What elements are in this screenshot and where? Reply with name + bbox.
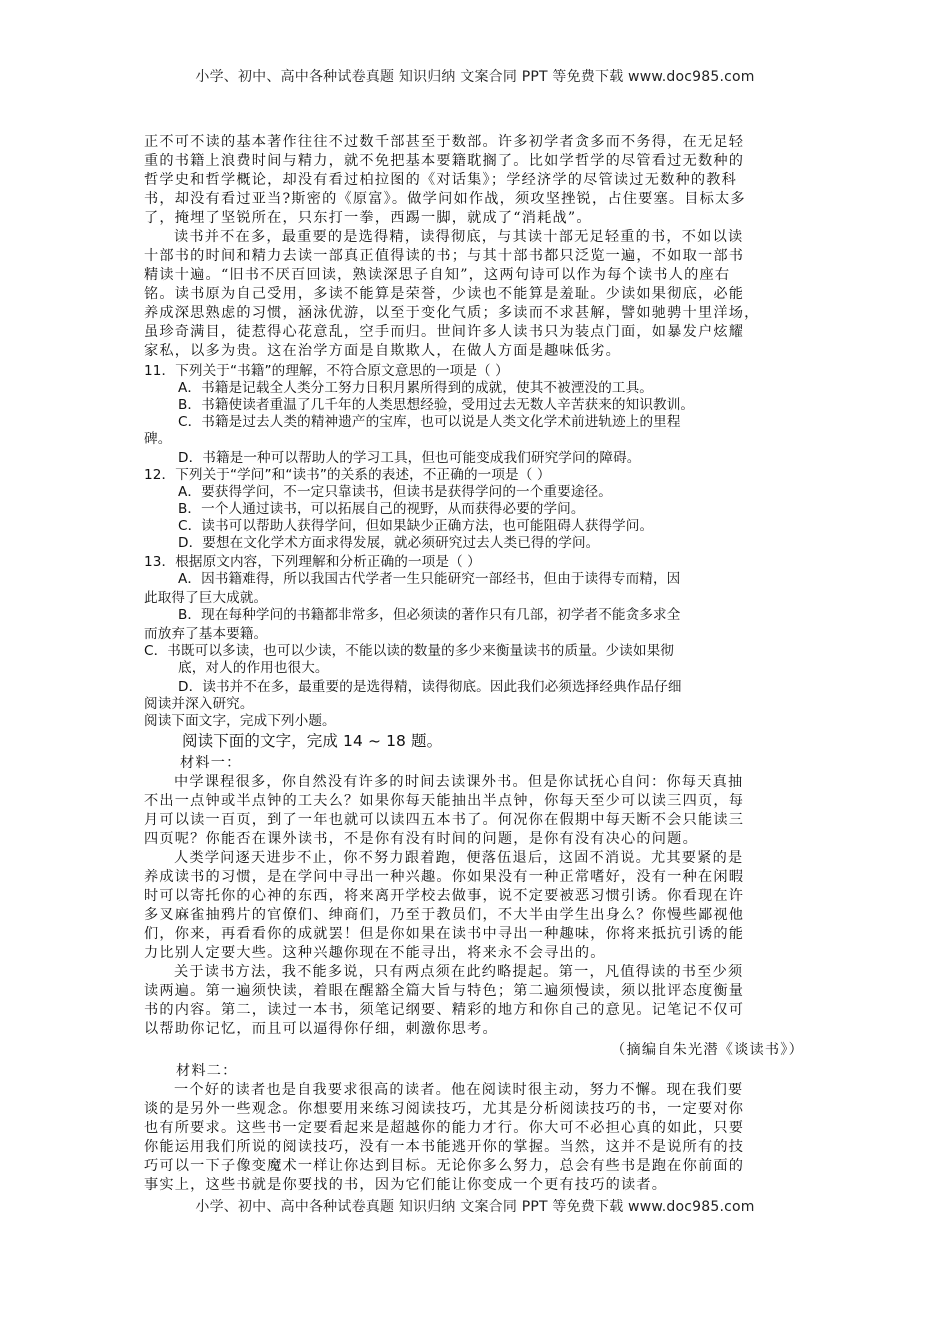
option-c-cont: 碑。	[144, 431, 824, 447]
material-source: （摘编自朱光潜《谈读书》）	[144, 1041, 804, 1059]
question-stem: 13．根据原文内容，下列理解和分析正确的一项是（ ）	[144, 554, 824, 570]
page-footer-watermark: 小学、初中、高中各种试卷真题 知识归纳 文案合同 PPT 等免费下载 www.d…	[0, 1196, 950, 1216]
material-line: 四页呢？你能否在课外读书，不是你有没有时间的问题，是你有没有决心的问题。	[144, 830, 814, 848]
passage-line: 哲学史和哲学概论，却没有看过柏拉图的《对话集》；学经济学的尽管读过无数种的教科	[144, 171, 814, 189]
material-line: 谈的是另外一些观念。你想要用来练习阅读技巧，尤其是分析阅读技巧的书，一定要对你	[144, 1100, 814, 1118]
material-line: 中学课程很多，你自然没有许多的时间去读课外书。但是你试抚心自问：你每天真抽	[144, 773, 844, 791]
question-stem: 11．下列关于“书籍”的理解，不符合原文意思的一项是（ ）	[144, 363, 824, 379]
option-a-cont: 此取得了巨大成就。	[144, 590, 824, 606]
passage-line: 家私，以多为贵。这在治学方面是自欺欺人，在做人方面是趣味低劣。	[144, 342, 814, 360]
option-c-cont: 底，对人的作用也很大。	[144, 660, 858, 676]
option-d-cont: 阅读并深入研究。	[144, 696, 824, 712]
option-c: C．读书可以帮助人获得学问，但如果缺少正确方法，也可能阻碍人获得学问。	[144, 518, 858, 534]
material-title: 材料一：	[180, 754, 380, 772]
option-b: B．现在每种学问的书籍都非常多，但必须读的著作只有几部，初学者不能贪多求全	[144, 607, 858, 623]
option-a: A．因书籍难得，所以我国古代学者一生只能研究一部经书，但由于读得专而精，因	[144, 571, 858, 587]
material-line: 时可以寄托你的心神的东西，将来离开学校去做事，说不定要被恶习惯引诱。你看现在许	[144, 887, 814, 905]
passage-line: 书，却没有看过亚当?斯密的《原富》。做学问如作战，须攻坚挫锐，占住要塞。目标太多	[144, 190, 814, 208]
material-line: 关于读书方法，我不能多说，只有两点须在此约略提起。第一，凡值得读的书至少须	[144, 963, 844, 981]
instruction-big: 阅读下面的文字，完成 14 ~ 18 题。	[182, 733, 862, 749]
material-line: 事实上，这些书就是你要找的书，因为它们能让你变成一个更有技巧的读者。	[144, 1176, 814, 1194]
question-stem: 12．下列关于“学问”和“读书”的关系的表述，不正确的一项是（ ）	[144, 467, 824, 483]
material-line: 也有所要求。这些书一定要看起来是超越你的能力才行。你大可不必担心真的如此，只要	[144, 1119, 814, 1137]
passage-line: 十部书的时间和精力去读一部真正值得读的书；与其十部书都只泛览一遍，不如取一部书	[144, 247, 814, 265]
material-line: 巧可以一下子像变魔术一样让你达到目标。无论你多么努力，总会有些书是跑在你前面的	[144, 1157, 814, 1175]
option-a: A．要获得学问，不一定只靠读书，但读书是获得学问的一个重要途径。	[144, 484, 858, 500]
material-line: 以帮助你记忆，而且可以逼得你仔细，刺激你思考。	[144, 1020, 814, 1038]
material-line: 养成读书的习惯，是在学问中寻出一种兴趣。你如果没有一种正常嗜好，没有一种在闲暇	[144, 868, 814, 886]
page-header-watermark: 小学、初中、高中各种试卷真题 知识归纳 文案合同 PPT 等免费下载 www.d…	[0, 66, 950, 86]
material-line: 不出一点钟或半点钟的工夫么？如果你每天能抽出半点钟，你每天至少可以读三四页，每	[144, 792, 814, 810]
passage-line: 养成深思熟虑的习惯，涵泳优游，以至于变化气质；多读而不求甚解，譬如驰骋十里洋场，	[144, 304, 814, 322]
material-line: 读两遍。第一遍须快读，着眼在醒豁全篇大旨与特色；第二遍须慢读，须以批评态度衡量	[144, 982, 814, 1000]
passage-line: 铭。读书原为自己受用，多读不能算是荣誉，少读也不能算是羞耻。少读如果彻底，必能	[144, 285, 814, 303]
option-c: C．书籍是过去人类的精神遗产的宝库，也可以说是人类文化学术前进轨迹上的里程	[144, 414, 858, 430]
material-line: 人类学问逐天进步不止，你不努力跟着跑，便落伍退后，这固不消说。尤其要紧的是	[144, 849, 844, 867]
material-line: 你能运用我们所说的阅读技巧，没有一本书能逃开你的掌握。当然，这并不是说所有的技	[144, 1138, 814, 1156]
material-line: 们，你来，再看看你的成就罢！但是你如果在读书中寻出一种趣味，你将来抵抗引诱的能	[144, 925, 814, 943]
passage-line: 了，掩埋了坚锐所在，只东打一拳，西踢一脚，就成了“消耗战”。	[144, 209, 814, 227]
option-d: D．书籍是一种可以帮助人的学习工具，但也可能变成我们研究学问的障碍。	[144, 450, 858, 466]
material-line: 多叉麻雀抽鸦片的官僚们、绅商们，乃至于教员们，不大半由学生出身么？你慢些鄙视他	[144, 906, 814, 924]
option-c: C．书既可以多读，也可以少读，不能以读的数量的多少来衡量读书的质量。少读如果彻	[144, 643, 824, 659]
option-a: A．书籍是记载全人类分工努力日积月累所得到的成就，使其不被湮没的工具。	[144, 380, 858, 396]
instruction-small: 阅读下面文字，完成下列小题。	[144, 713, 824, 729]
passage-line: 重的书籍上浪费时间与精力，就不免把基本要籍耽搁了。比如学哲学的尽管看过无数种的	[144, 152, 814, 170]
option-b: B．书籍使读者重温了几千年的人类思想经验，受用过去无数人辛苦获来的知识教训。	[144, 397, 858, 413]
option-b-cont: 而放弃了基本要籍。	[144, 626, 824, 642]
material-line: 一个好的读者也是自我要求很高的读者。他在阅读时很主动，努力不懈。现在我们要	[144, 1081, 844, 1099]
passage-line: 读书并不在多，最重要的是选得精，读得彻底，与其读十部无足轻重的书，不如以读	[144, 228, 844, 246]
material-line: 月可以读一百页，到了一年也就可以读四五本书了。何况你在假期中每天断不会只能读三	[144, 811, 814, 829]
passage-line: 精读十遍。“旧书不厌百回读，熟读深思子自知”，这两句诗可以作为每个读书人的座右	[144, 266, 814, 284]
material-line: 书的内容。第二，读过一本书，须笔记纲要、精彩的地方和你自己的意见。记笔记不仅可	[144, 1001, 814, 1019]
option-d: D．要想在文化学术方面求得发展，就必须研究过去人类已得的学问。	[144, 535, 858, 551]
passage-line: 虽珍奇满目，徒惹得心花意乱，空手而归。世间许多人读书只为装点门面，如暴发户炫耀	[144, 323, 814, 341]
material-line: 力比别人定要大些。这种兴趣你现在不能寻出，将来永不会寻出的。	[144, 944, 814, 962]
option-d: D．读书并不在多，最重要的是选得精，读得彻底。因此我们必须选择经典作品仔细	[144, 679, 858, 695]
passage-line: 正不可不读的基本著作往往不过数千部甚至于数部。许多初学者贪多而不务得，在无足轻	[144, 133, 814, 151]
material-title: 材料二：	[176, 1062, 376, 1080]
option-b: B．一个人通过读书，可以拓展自己的视野，从而获得必要的学问。	[144, 501, 858, 517]
